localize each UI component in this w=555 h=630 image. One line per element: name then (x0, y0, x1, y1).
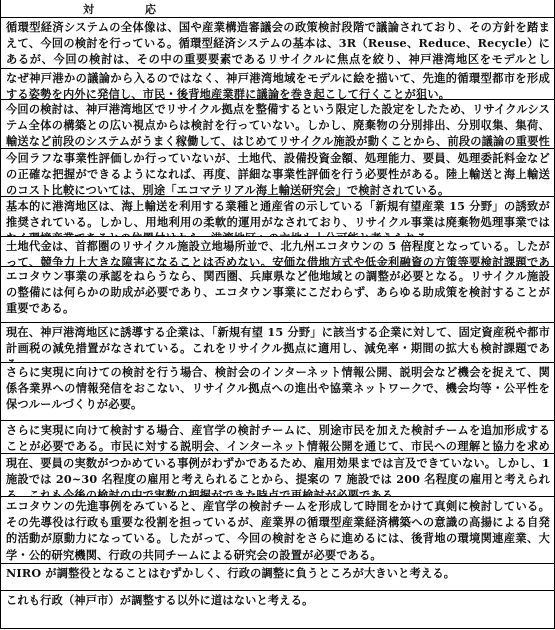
table-row: 基本的に港湾地区は、海上輸送を利用する業種と通産省の示している「新規有望産業 1… (1, 197, 554, 237)
table-header: 対 応 (1, 0, 554, 18)
table-row: 循環型経済システムの全体像は、国や産業構造審議会の政策検討段階で議論されており、… (1, 18, 554, 69)
header-col2: 応 (145, 1, 156, 17)
row-text: 今回の検討は、神戸港湾地区でリサイクル拠点を整備するという限定した設定をしたため… (6, 101, 550, 149)
row-text: 土地代金は、首都圏のリサイクル施設立地場所並で、北九州エコタウンの 5 倍程度と… (6, 238, 550, 267)
row-text: 今回ラフな事業性評価しか行っていないが、土地代、設備投資金額、処理能力、要員、処… (6, 150, 550, 197)
table-row: 現在、要員の実数がつかめている事例がわずかであるため、雇用効果までは言及できてい… (1, 454, 554, 497)
row-text: NIRO が調整役となることはむずかしく、行政の調整に負うところが大きいと考える… (6, 565, 550, 581)
row-text: 基本的に港湾地区は、海上輸送を利用する業種と通産省の示している「新規有望産業 1… (6, 198, 550, 237)
table-row: 現在、神戸港湾地区に誘導する企業は、「新規有望 15 分野」に該当する企業に対し… (1, 323, 554, 363)
table-row: さらに実現に向けての検討を行う場合、検討会のインターネット情報公開、説明会など機… (1, 363, 554, 421)
row-text: 現在、要員の実数がつかめている事例がわずかであるため、雇用効果までは言及できてい… (6, 455, 550, 497)
row-text: 現在、神戸港湾地区に誘導する企業は、「新規有望 15 分野」に該当する企業に対し… (6, 324, 550, 363)
response-table: 対 応 循環型経済システムの全体像は、国や産業構造審議会の政策検討段階で議論され… (0, 0, 555, 629)
table-row: エコタウン事業の承認をねらうなら、関西圏、兵庫県など他地域との調整が必要となる。… (1, 267, 554, 323)
row-text: さらに実現に向けて検討する場合、産官学の検討チームに、別途市民を加えた検討チーム… (6, 422, 550, 454)
table-row: NIRO が調整役となることはむずかしく、行政の調整に負うところが大きいと考える… (1, 564, 554, 591)
row-text: なぜ神戸港かの議論から入るのではなく、神戸港湾地域をモデルに絵を描いて、先進的循… (6, 70, 550, 100)
row-text: これも行政（神戸市）が調整する以外に道はないと考える。 (6, 592, 550, 608)
table-row: 土地代金は、首都圏のリサイクル施設立地場所並で、北九州エコタウンの 5 倍程度と… (1, 237, 554, 267)
row-text: さらに実現に向けての検討を行う場合、検討会のインターネット情報公開、説明会など機… (6, 364, 550, 413)
row-text: エコタウン事業の承認をねらうなら、関西圏、兵庫県など他地域との調整が必要となる。… (6, 268, 550, 317)
table-row: なぜ神戸港かの議論から入るのではなく、神戸港湾地域をモデルに絵を描いて、先進的循… (1, 69, 554, 100)
table-row: エコタウンの先進事例をみていると、産官学の検討チームを形成して時間をかけて真剣に… (1, 497, 554, 564)
row-text: 循環型経済システムの全体像は、国や産業構造審議会の政策検討段階で議論されており、… (6, 19, 550, 69)
header-col1: 対 (83, 1, 94, 17)
table-row: さらに実現に向けて検討する場合、産官学の検討チームに、別途市民を加えた検討チーム… (1, 421, 554, 454)
table-row: 今回ラフな事業性評価しか行っていないが、土地代、設備投資金額、処理能力、要員、処… (1, 149, 554, 197)
table-row: これも行政（神戸市）が調整する以外に道はないと考える。 (1, 591, 554, 629)
row-text: エコタウンの先進事例をみていると、産官学の検討チームを形成して時間をかけて真剣に… (6, 498, 550, 563)
table-row: 今回の検討は、神戸港湾地区でリサイクル拠点を整備するという限定した設定をしたため… (1, 100, 554, 149)
